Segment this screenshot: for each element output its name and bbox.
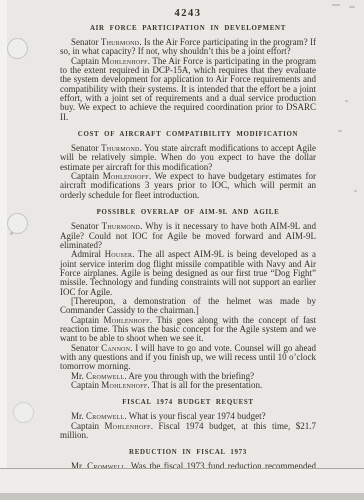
- section-heading: Cost of Aircraft Compatibility Modificat…: [60, 131, 316, 138]
- scan-speck: [332, 4, 340, 6]
- section-heading: Reduction in Fiscal 1973: [60, 449, 316, 456]
- paragraph: Senator Thurmond. Is the Air Force parti…: [60, 38, 316, 57]
- speaker-name: Mohlenhoff: [101, 380, 147, 390]
- scan-speck: [349, 6, 355, 8]
- sections-root: Air Force Participation in DevelopmentSe…: [60, 25, 316, 481]
- document-section: Cost of Aircraft Compatibility Modificat…: [60, 131, 316, 200]
- speaker-name: Mohlenhoff: [105, 421, 151, 431]
- paragraph: Senator Thurmond. You state aircraft mod…: [60, 144, 316, 172]
- scan-speck: [345, 100, 348, 102]
- hole-punch-mark: [7, 38, 28, 59]
- text-segment: . That is all for the presentation.: [147, 380, 262, 390]
- paragraph: [Thereupon, a demonstration of the helme…: [60, 297, 316, 316]
- paragraph: Captain Mohlenhoff. Fiscal 1974 budget, …: [60, 422, 316, 441]
- document-section: Air Force Participation in DevelopmentSe…: [60, 25, 316, 122]
- section-heading: Air Force Participation in Development: [60, 25, 316, 32]
- section-heading: Possible Overlap of AIM-9L and Agile: [60, 209, 316, 216]
- paragraph: Captain Mohlenhoff. The Air Force is par…: [60, 57, 316, 122]
- paragraph: Captain Mohlenhoff. That is all for the …: [60, 381, 316, 390]
- document-page: 4243 Air Force Participation in Developm…: [0, 0, 364, 500]
- scanner-background: [0, 469, 364, 493]
- paragraph: Admiral Houser. The all aspect AIM-9L is…: [60, 250, 316, 297]
- paragraph: Senator Thurmond. Why is it necessary to…: [60, 222, 316, 250]
- page-number: 4243: [60, 8, 316, 19]
- scan-speck: [354, 190, 357, 192]
- text-segment: [Thereupon, a demonstration of the helme…: [60, 296, 316, 315]
- section-heading: Fiscal 1974 Budget Request: [60, 399, 316, 406]
- paragraph: Captain Mohlenhoff. This goes along with…: [60, 316, 316, 344]
- document-section: Possible Overlap of AIM-9L and AgileSena…: [60, 209, 316, 390]
- document-section: Fiscal 1974 Budget RequestMr. Cromwell. …: [60, 399, 316, 440]
- text-segment: Captain: [71, 380, 101, 390]
- scan-speck: [338, 130, 342, 132]
- paragraph: Captain Mohlenhoff. We expect to have bu…: [60, 172, 316, 200]
- hole-punch-mark: [7, 213, 28, 234]
- scanner-background-strip: [0, 493, 364, 500]
- scan-left-margin: [0, 0, 7, 469]
- document-content: 4243 Air Force Participation in Developm…: [60, 8, 316, 481]
- paragraph: Senator Cannon. I will have to go and vo…: [60, 344, 316, 372]
- text-segment: . The Air Force is participating in the …: [60, 56, 316, 122]
- scan-speck: [10, 232, 13, 235]
- hole-punch-mark: [13, 402, 34, 423]
